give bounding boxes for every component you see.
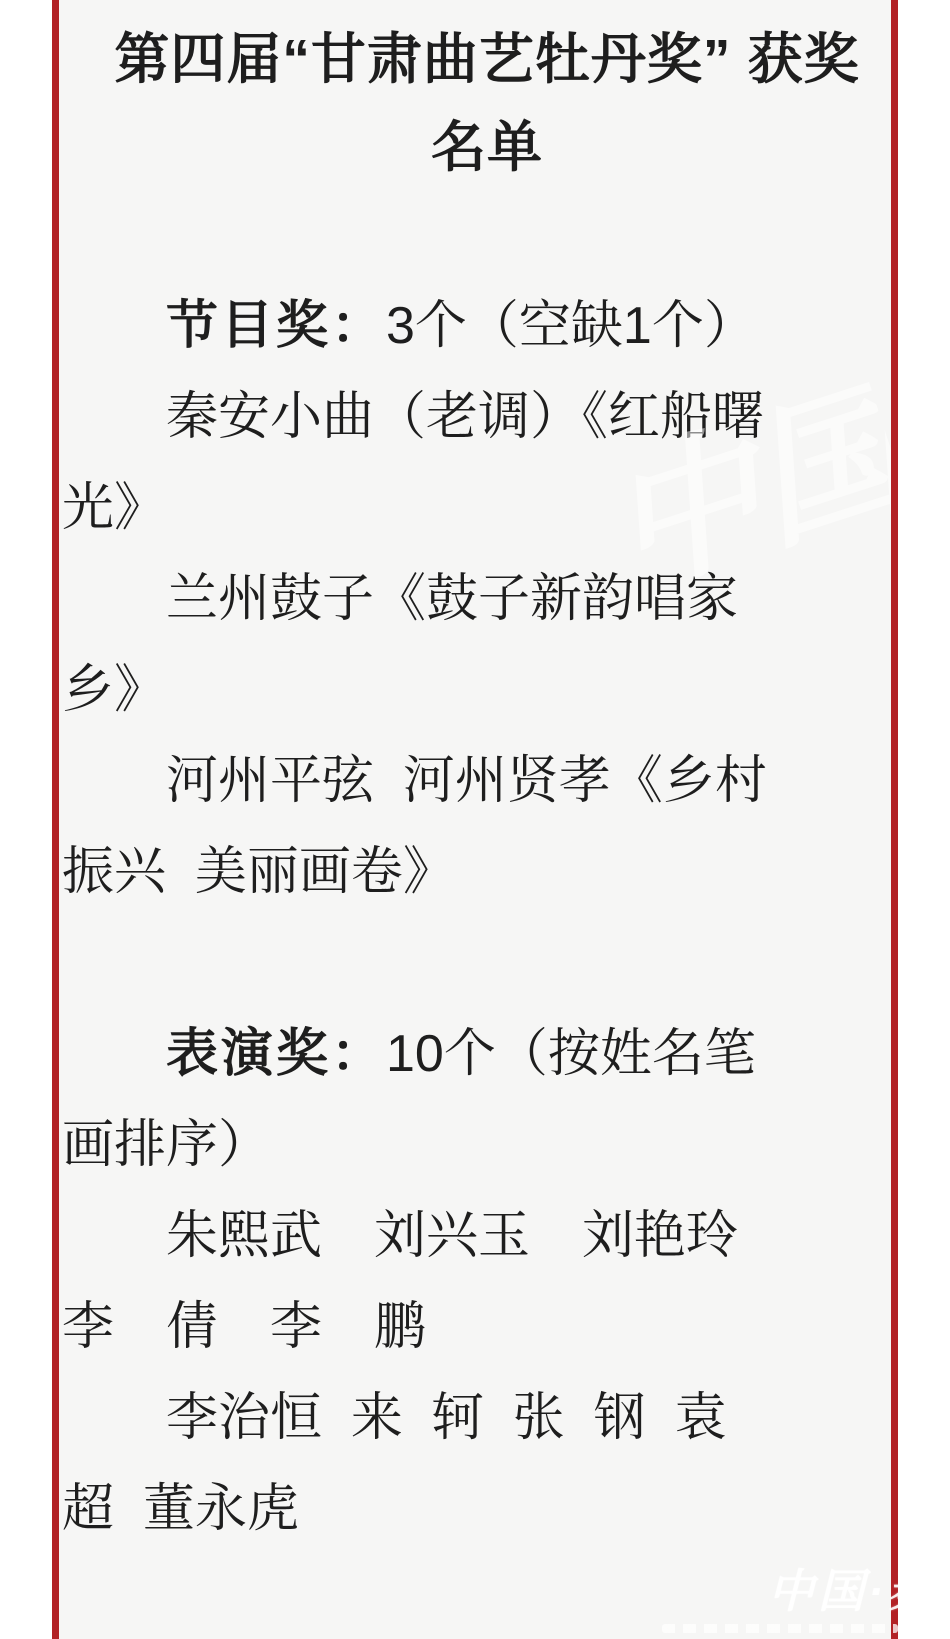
- site-watermark-subtext: [662, 1624, 898, 1633]
- document-body: 节目奖：3个（空缺1个）秦安小曲（老调）《红船曙光》兰州鼓子《鼓子新韵唱家乡》河…: [62, 281, 912, 1555]
- line-text: 画排序）: [62, 1116, 270, 1174]
- line-text: 10个（按姓名笔: [386, 1025, 756, 1083]
- document-title-line-2: 名单: [62, 103, 912, 191]
- left-red-rule: [52, 0, 59, 1639]
- line-text: 乡》: [62, 661, 166, 719]
- body-text-line: [62, 918, 912, 1009]
- right-red-rule: [891, 0, 898, 1639]
- line-text: 河州平弦 河州贤孝《乡村: [166, 752, 767, 810]
- award-category-label: 表演奖：: [166, 1025, 386, 1083]
- line-text: 李治恒 来 轲 张 钢 袁: [166, 1389, 726, 1447]
- line-text: 振兴 美丽画卷》: [62, 843, 455, 901]
- award-category-label: 节目奖：: [166, 297, 386, 355]
- line-text: 3个（空缺1个）: [386, 297, 756, 355]
- document-title: 第四届“甘肃曲艺牡丹奖” 获奖 名单: [62, 15, 912, 191]
- site-watermark: 中国·秦安: [768, 1566, 950, 1616]
- body-text-line: 秦安小曲（老调）《红船曙: [62, 372, 912, 463]
- body-text-line: 兰州鼓子《鼓子新韵唱家: [62, 554, 912, 645]
- body-text-line: 朱熙武 刘兴玉 刘艳玲: [62, 1191, 912, 1282]
- line-text: 超 董永虎: [62, 1480, 299, 1538]
- award-section-heading-line: 节目奖：3个（空缺1个）: [62, 281, 912, 372]
- body-text-line: 超 董永虎: [62, 1464, 912, 1555]
- line-text: 朱熙武 刘兴玉 刘艳玲: [166, 1207, 738, 1265]
- body-text-line: 振兴 美丽画卷》: [62, 827, 912, 918]
- award-section-heading-line: 表演奖：10个（按姓名笔: [62, 1009, 912, 1100]
- body-text-line: 李 倩 李 鹏: [62, 1282, 912, 1373]
- line-text: 李 倩 李 鹏: [62, 1298, 426, 1356]
- line-text: 光》: [62, 479, 166, 537]
- document-title-line-1: 第四届“甘肃曲艺牡丹奖” 获奖: [62, 15, 912, 103]
- body-text-line: 光》: [62, 463, 912, 554]
- body-text-line: 乡》: [62, 645, 912, 736]
- body-text-line: 画排序）: [62, 1100, 912, 1191]
- body-text-line: 河州平弦 河州贤孝《乡村: [62, 736, 912, 827]
- line-text: 秦安小曲（老调）《红船曙: [166, 388, 764, 446]
- line-text: 兰州鼓子《鼓子新韵唱家: [166, 570, 738, 628]
- article-page: 第四届“甘肃曲艺牡丹奖” 获奖 名单 节目奖：3个（空缺1个）秦安小曲（老调）《…: [0, 0, 950, 1639]
- body-text-line: 李治恒 来 轲 张 钢 袁: [62, 1373, 912, 1464]
